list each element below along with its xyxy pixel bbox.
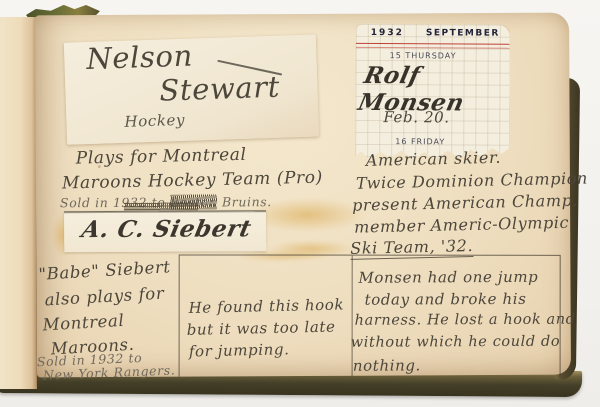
stewart-signature-first-name: Nelson	[86, 39, 194, 77]
siebert-note-line1: "Babe" Siebert	[38, 257, 171, 284]
hook-note-line1: He found this hook	[188, 295, 344, 317]
calendar-card: 1932 SEPTEMBER 15 THURSDAY Rolf Monsen F…	[355, 24, 510, 167]
calendar-red-rule	[356, 43, 510, 49]
calendar-day-thursday: 15 THURSDAY	[390, 51, 457, 60]
siebert-autograph-slip: A. C. Siebert	[64, 210, 266, 252]
siebert-note-line2: also plays for	[44, 284, 165, 310]
calendar-year: 1932	[371, 28, 404, 38]
hook-note-line3: for jumping.	[189, 340, 290, 360]
sold-note-suffix: Bruins.	[217, 194, 271, 209]
jump-note-line4: without which he could do	[351, 334, 561, 351]
monsen-note-line2: Twice Dominion Champion	[356, 168, 588, 192]
stewart-autograph-slip: Nelson Stewart Hockey	[64, 34, 319, 144]
calendar-header: 1932 SEPTEMBER	[356, 28, 510, 43]
siebert-signature: A. C. Siebert	[79, 215, 254, 243]
album-photo: Nelson Stewart Hockey 1932 SEPTEMBER 15 …	[0, 0, 600, 407]
stewart-signature-last-name: Stewart	[159, 70, 281, 108]
sport-caption: Hockey	[124, 111, 185, 131]
album-page: Nelson Stewart Hockey 1932 SEPTEMBER 15 …	[35, 13, 571, 378]
jump-note-line2: today and broke his	[365, 290, 527, 309]
siebert-note-line3: Montreal	[42, 311, 125, 335]
monsen-note-line1: American skier.	[366, 148, 502, 170]
calendar-day-friday: 16 FRIDAY	[395, 137, 445, 146]
jump-note-line5: nothing.	[353, 356, 421, 374]
facing-page-sliver	[0, 17, 37, 389]
handwritten-date: Feb. 20.	[383, 108, 449, 126]
calendar-month: SEPTEMBER	[426, 28, 500, 38]
hook-note-line2: but it was too late	[187, 318, 336, 339]
jump-note-line1: Monsen had one jump	[358, 268, 538, 287]
jump-note-line3: harness. He lost a hook and	[355, 312, 576, 329]
monsen-note-line4: member Americ-Olympic	[354, 213, 569, 237]
stewart-note-line1: Plays for Montreal	[76, 145, 247, 169]
stewart-note-line2: Maroons Hockey Team (Pro)	[62, 168, 323, 194]
monsen-note-line3: present American Champ.	[352, 191, 578, 215]
